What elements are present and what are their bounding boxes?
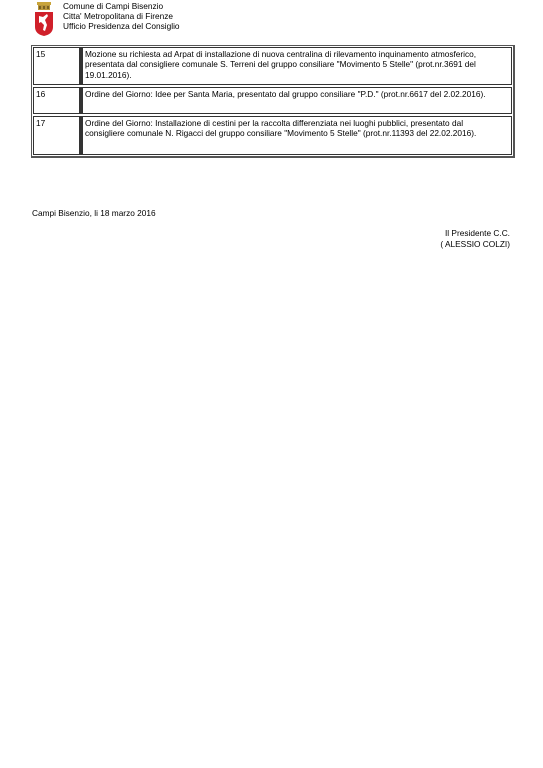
item-number: 17 — [33, 116, 81, 155]
table-row: 16 Ordine del Giorno: Idee per Santa Mar… — [33, 87, 512, 114]
office-name: Ufficio Presidenza del Consiglio — [63, 21, 180, 31]
metropolitan-city: Citta' Metropolitana di Firenze — [63, 11, 180, 21]
item-text: Mozione su richiesta ad Arpat di install… — [81, 47, 512, 85]
item-text: Ordine del Giorno: Installazione di cest… — [81, 116, 512, 155]
agenda-table: 15 Mozione su richiesta ad Arpat di inst… — [31, 45, 515, 158]
signature-block: Il Presidente C.C. ( ALESSIO COLZI) — [440, 228, 510, 249]
municipality-name: Comune di Campi Bisenzio — [63, 1, 180, 11]
table-row: 15 Mozione su richiesta ad Arpat di inst… — [33, 47, 512, 85]
place-date: Campi Bisenzio, li 18 marzo 2016 — [32, 208, 156, 218]
item-number: 15 — [33, 47, 81, 85]
item-text: Ordine del Giorno: Idee per Santa Maria,… — [81, 87, 512, 114]
signature-title: Il Presidente C.C. — [440, 228, 510, 239]
table-row: 17 Ordine del Giorno: Installazione di c… — [33, 116, 512, 155]
organization-header: Comune di Campi Bisenzio Citta' Metropol… — [63, 1, 180, 31]
signature-name: ( ALESSIO COLZI) — [440, 239, 510, 250]
municipal-coat-of-arms-icon — [33, 1, 55, 37]
item-number: 16 — [33, 87, 81, 114]
